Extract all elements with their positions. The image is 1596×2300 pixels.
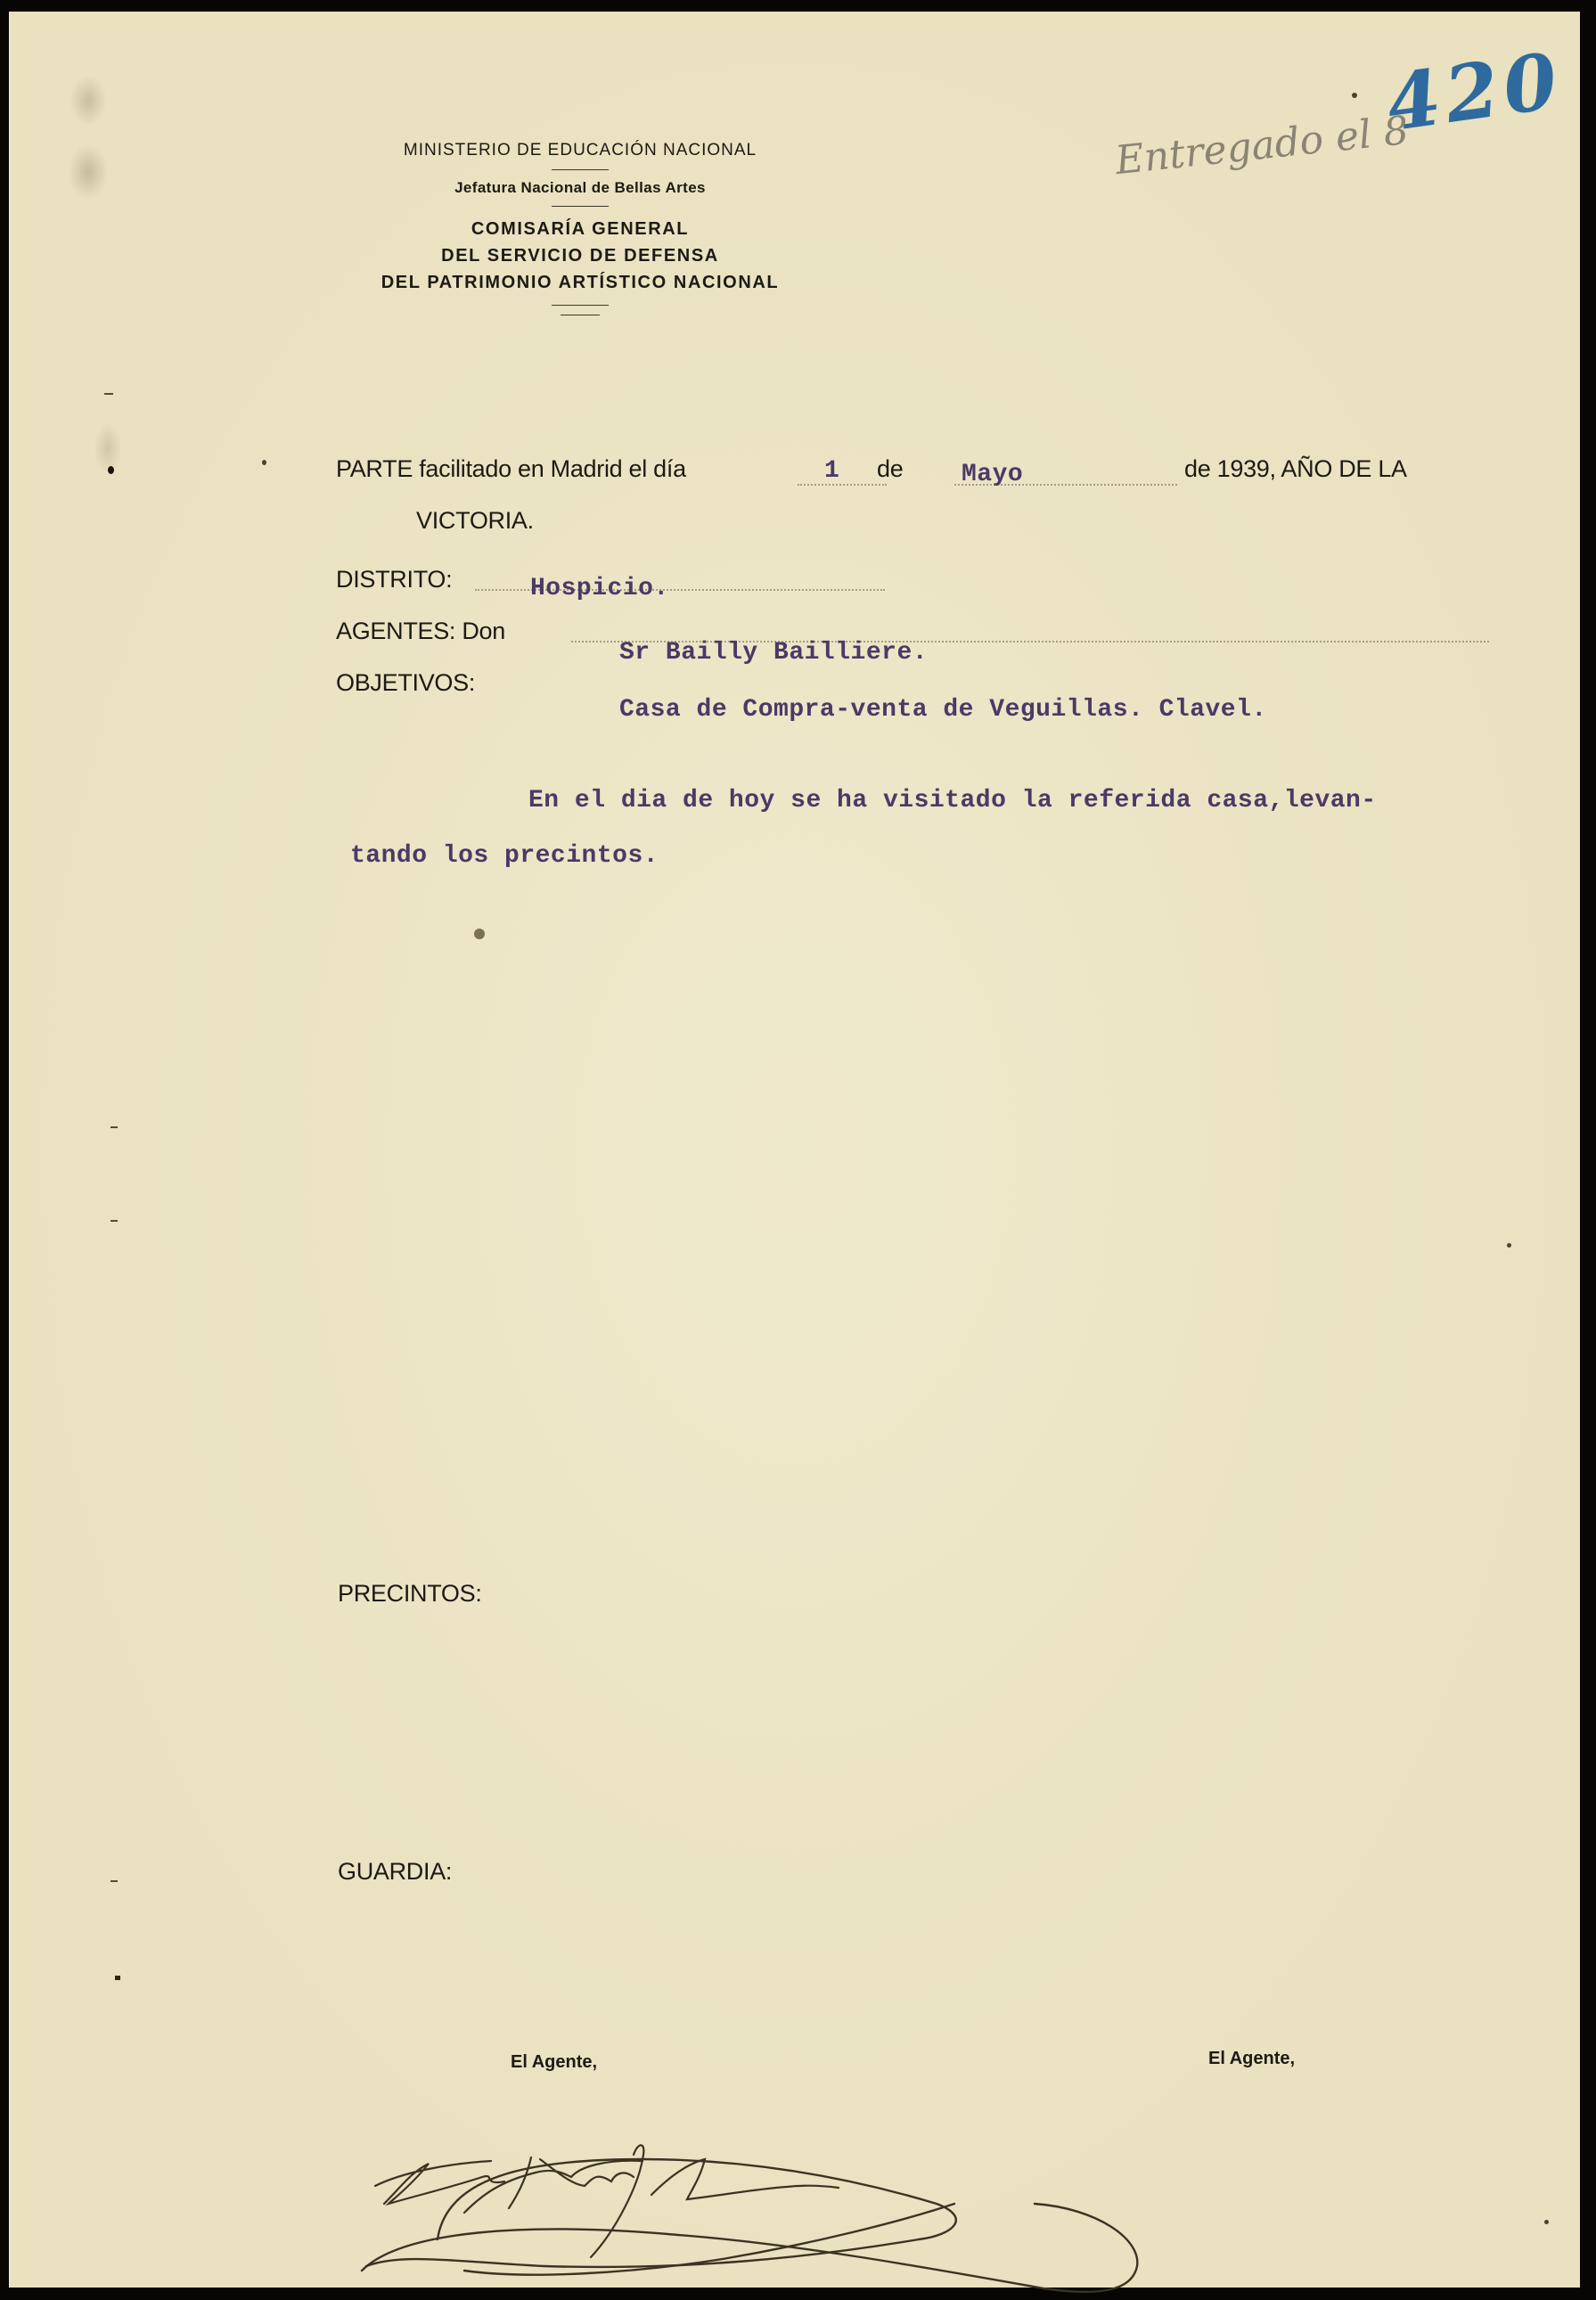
comisaria-line: DEL PATRIMONIO ARTÍSTICO NACIONAL	[340, 269, 821, 296]
body-line: tando los precintos.	[350, 842, 659, 870]
agentes-label: AGENTES: Don	[336, 618, 505, 645]
comisaria-line: COMISARÍA GENERAL	[340, 216, 821, 242]
precintos-label: PRECINTOS:	[338, 1580, 482, 1608]
document-page: 420 Entregado el 8 MINISTERIO DE EDUCACI…	[9, 12, 1580, 2288]
divider	[552, 305, 609, 306]
ministry-title: MINISTERIO DE EDUCACIÓN NACIONAL	[340, 141, 821, 160]
divider	[552, 169, 609, 170]
day-value: 1	[824, 457, 839, 485]
objetivos-label: OBJETIVOS:	[336, 669, 475, 697]
pencil-annotation: Entregado el 8	[1113, 108, 1411, 184]
year-label: de 1939, AÑO DE LA	[1184, 455, 1407, 483]
parte-label: PARTE facilitado en Madrid el día	[336, 455, 686, 483]
agent-signature-label-left: El Agente,	[511, 2052, 597, 2073]
comisaria-line: DEL SERVICIO DE DEFENSA	[340, 242, 821, 269]
agentes-value: Sr Bailly Bailliere.	[619, 639, 928, 667]
jefatura-title: Jefatura Nacional de Bellas Artes	[340, 179, 821, 197]
ink-dot	[108, 466, 114, 474]
ink-dot	[1544, 2220, 1549, 2224]
victoria-label: VICTORIA.	[416, 507, 534, 535]
margin-mark	[110, 1126, 118, 1128]
letterhead: MINISTERIO DE EDUCACIÓN NACIONAL Jefatur…	[340, 141, 821, 324]
margin-mark	[115, 1976, 120, 1980]
margin-mark	[104, 393, 113, 395]
guardia-label: GUARDIA:	[338, 1858, 452, 1886]
distrito-label: DISTRITO:	[336, 566, 452, 593]
divider	[561, 315, 600, 315]
de-label: de	[877, 455, 903, 483]
day-field-line	[798, 484, 887, 486]
month-value: Mayo	[962, 461, 1023, 488]
agent-signature-label-right: El Agente,	[1208, 2049, 1295, 2069]
margin-mark	[110, 1220, 118, 1222]
distrito-value: Hospicio.	[530, 575, 669, 602]
folio-number: 420	[1381, 36, 1568, 150]
ink-dot	[1507, 1243, 1511, 1248]
divider	[552, 206, 609, 207]
margin-mark	[110, 1880, 118, 1882]
objetivos-value: Casa de Compra-venta de Veguillas. Clave…	[619, 696, 1267, 724]
ink-dot	[474, 929, 485, 939]
body-line: En el dia de hoy se ha visitado la refer…	[528, 787, 1377, 814]
ink-dot	[1352, 93, 1357, 98]
signature-scribble	[348, 2088, 1168, 2293]
ink-dot	[262, 460, 266, 465]
